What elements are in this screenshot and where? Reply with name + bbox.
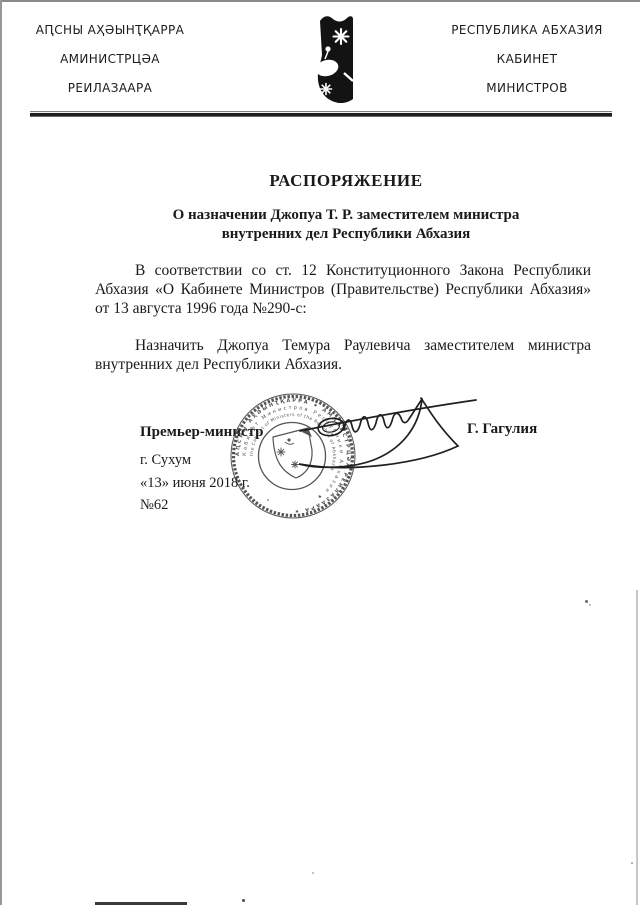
letterhead-divider — [30, 111, 612, 117]
emblem-star-icon — [334, 29, 349, 44]
body-paragraph: Назначить Джопуа Темура Раулевича замест… — [95, 336, 591, 374]
scan-speck — [631, 862, 633, 864]
scan-edge-bottom — [95, 902, 187, 905]
document-subject: О назначении Джопуа Т. Р. заместителем м… — [146, 206, 546, 244]
scan-speck — [312, 872, 314, 874]
letterhead-left-line2: АМИНИСТРЦӘА — [30, 45, 190, 74]
letterhead-left: АԤСНЫ АҲӘЫНҬҚАРРА АМИНИСТРЦӘА РЕИЛАЗААРА — [30, 16, 190, 103]
scan-speck — [589, 604, 591, 606]
body-paragraph: В соответствии со ст. 12 Конституционног… — [95, 261, 591, 318]
document-body: В соответствии со ст. 12 Конституционног… — [95, 261, 591, 374]
emblem-small-star-icon — [321, 84, 332, 95]
scan-edge-top — [0, 0, 640, 2]
letterhead-right-line1: РЕСПУБЛИКА АБХАЗИЯ — [447, 16, 607, 45]
letterhead-left-line1: АԤСНЫ АҲӘЫНҬҚАРРА — [30, 16, 190, 45]
scan-speck — [242, 899, 245, 902]
letterhead-right: РЕСПУБЛИКА АБХАЗИЯ КАБИНЕТ МИНИСТРОВ — [447, 16, 607, 103]
scan-edge-right — [636, 590, 638, 905]
abkhazia-coat-of-arms-icon — [315, 13, 357, 105]
signature-icon — [270, 385, 520, 485]
document-page: АԤСНЫ АҲӘЫНҬҚАРРА АМИНИСТРЦӘА РЕИЛАЗААРА… — [0, 0, 640, 905]
letterhead-right-line2: КАБИНЕТ — [447, 45, 607, 74]
letterhead-right-line3: МИНИСТРОВ — [447, 74, 607, 103]
footer-city: г. Сухум — [140, 452, 191, 469]
scan-speck — [585, 600, 588, 603]
letterhead-left-line3: РЕИЛАЗААРА — [30, 74, 190, 103]
footer-number: №62 — [140, 497, 168, 514]
emblem-flower-icon — [325, 46, 330, 51]
document-title: РАСПОРЯЖЕНИЕ — [0, 171, 640, 191]
scan-edge-left — [0, 0, 2, 905]
